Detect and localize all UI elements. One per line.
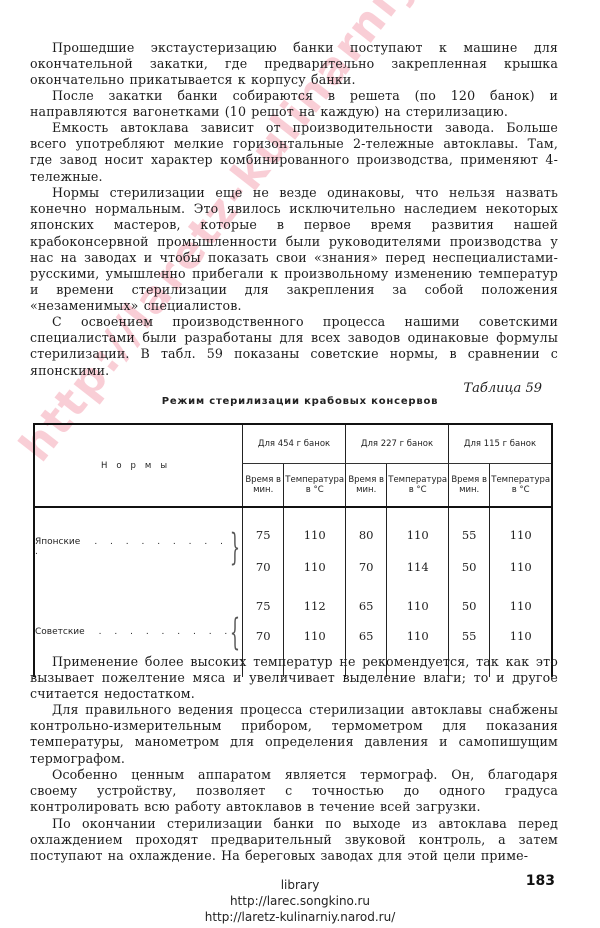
paragraph: По окончании стерилизации банки по выход… (30, 816, 558, 865)
table-cell: 70 (243, 547, 284, 586)
table-cell: 114 (387, 547, 449, 586)
table-cell: 75 (243, 507, 284, 547)
table-row: Советские. . . . . . . . . { 75 112 65 1… (34, 586, 552, 625)
table-cell: 112 (284, 586, 346, 625)
table-cell: 75 (243, 586, 284, 625)
table-cell: 55 (448, 507, 489, 547)
table-cell: 110 (387, 586, 449, 625)
table-title: Режим стерилизации крабовых консервов (0, 396, 600, 407)
paragraph: После закатки банки собираются в решета … (30, 88, 558, 120)
footer: library http://larec.songkino.ru http://… (0, 877, 600, 925)
group-header-454: Для 454 г банок (243, 424, 346, 464)
paragraph: Применение более высоких температур не р… (30, 654, 558, 703)
table-cell: 110 (490, 507, 552, 547)
paragraph: Прошедшие экстаустеризацию банки поступа… (30, 40, 558, 89)
table-cell: 70 (345, 547, 386, 586)
footer-library: library (0, 877, 600, 893)
leader-dots: . . . . . . . . . (99, 627, 233, 637)
row-label-text: Советские (35, 627, 85, 637)
footer-link-larec[interactable]: http://larec.songkino.ru (0, 893, 600, 909)
brace-icon: } (230, 525, 240, 569)
norms-header: Нормы (34, 424, 243, 507)
sterilization-table: Нормы Для 454 г банок Для 227 г банок Дл… (33, 423, 553, 677)
table-cell: 50 (448, 547, 489, 586)
book-page: http://laretz-kulinarniy.narod.ru Прошед… (0, 0, 600, 928)
footer-link-laretz[interactable]: http://laretz-kulinarniy.narod.ru/ (0, 909, 600, 925)
table-label: Таблица 59 (463, 381, 542, 396)
paragraph: Особенно ценным аппаратом является термо… (30, 767, 558, 816)
table-cell: 50 (448, 586, 489, 625)
brace-icon: { (230, 610, 240, 654)
paragraph: С освоением производственного процесса н… (30, 314, 558, 379)
time-header: Время в мин. (345, 464, 386, 508)
paragraph: Емкость автоклава зависит от производите… (30, 120, 558, 185)
temp-header: Температура в °C (490, 464, 552, 508)
table-cell: 110 (284, 547, 346, 586)
table-row: Японские. . . . . . . . . . } 75 110 80 … (34, 507, 552, 547)
table-cell: 110 (387, 507, 449, 547)
temp-header: Температура в °C (387, 464, 449, 508)
table-cell: 110 (284, 507, 346, 547)
table-cell: 65 (345, 586, 386, 625)
time-header: Время в мин. (448, 464, 489, 508)
row-label-text: Японские (35, 537, 80, 547)
group-header-115: Для 115 г банок (448, 424, 552, 464)
time-header: Время в мин. (243, 464, 284, 508)
table-cell: 80 (345, 507, 386, 547)
table-cell: 110 (490, 547, 552, 586)
paragraph: Нормы стерилизации еще не везде одинаков… (30, 185, 558, 315)
row-label-japanese: Японские. . . . . . . . . . } (34, 507, 243, 586)
paragraph: Для правильного ведения процесса стерили… (30, 702, 558, 767)
group-header-227: Для 227 г банок (345, 424, 448, 464)
temp-header: Температура в °C (284, 464, 346, 508)
table-cell: 110 (490, 586, 552, 625)
